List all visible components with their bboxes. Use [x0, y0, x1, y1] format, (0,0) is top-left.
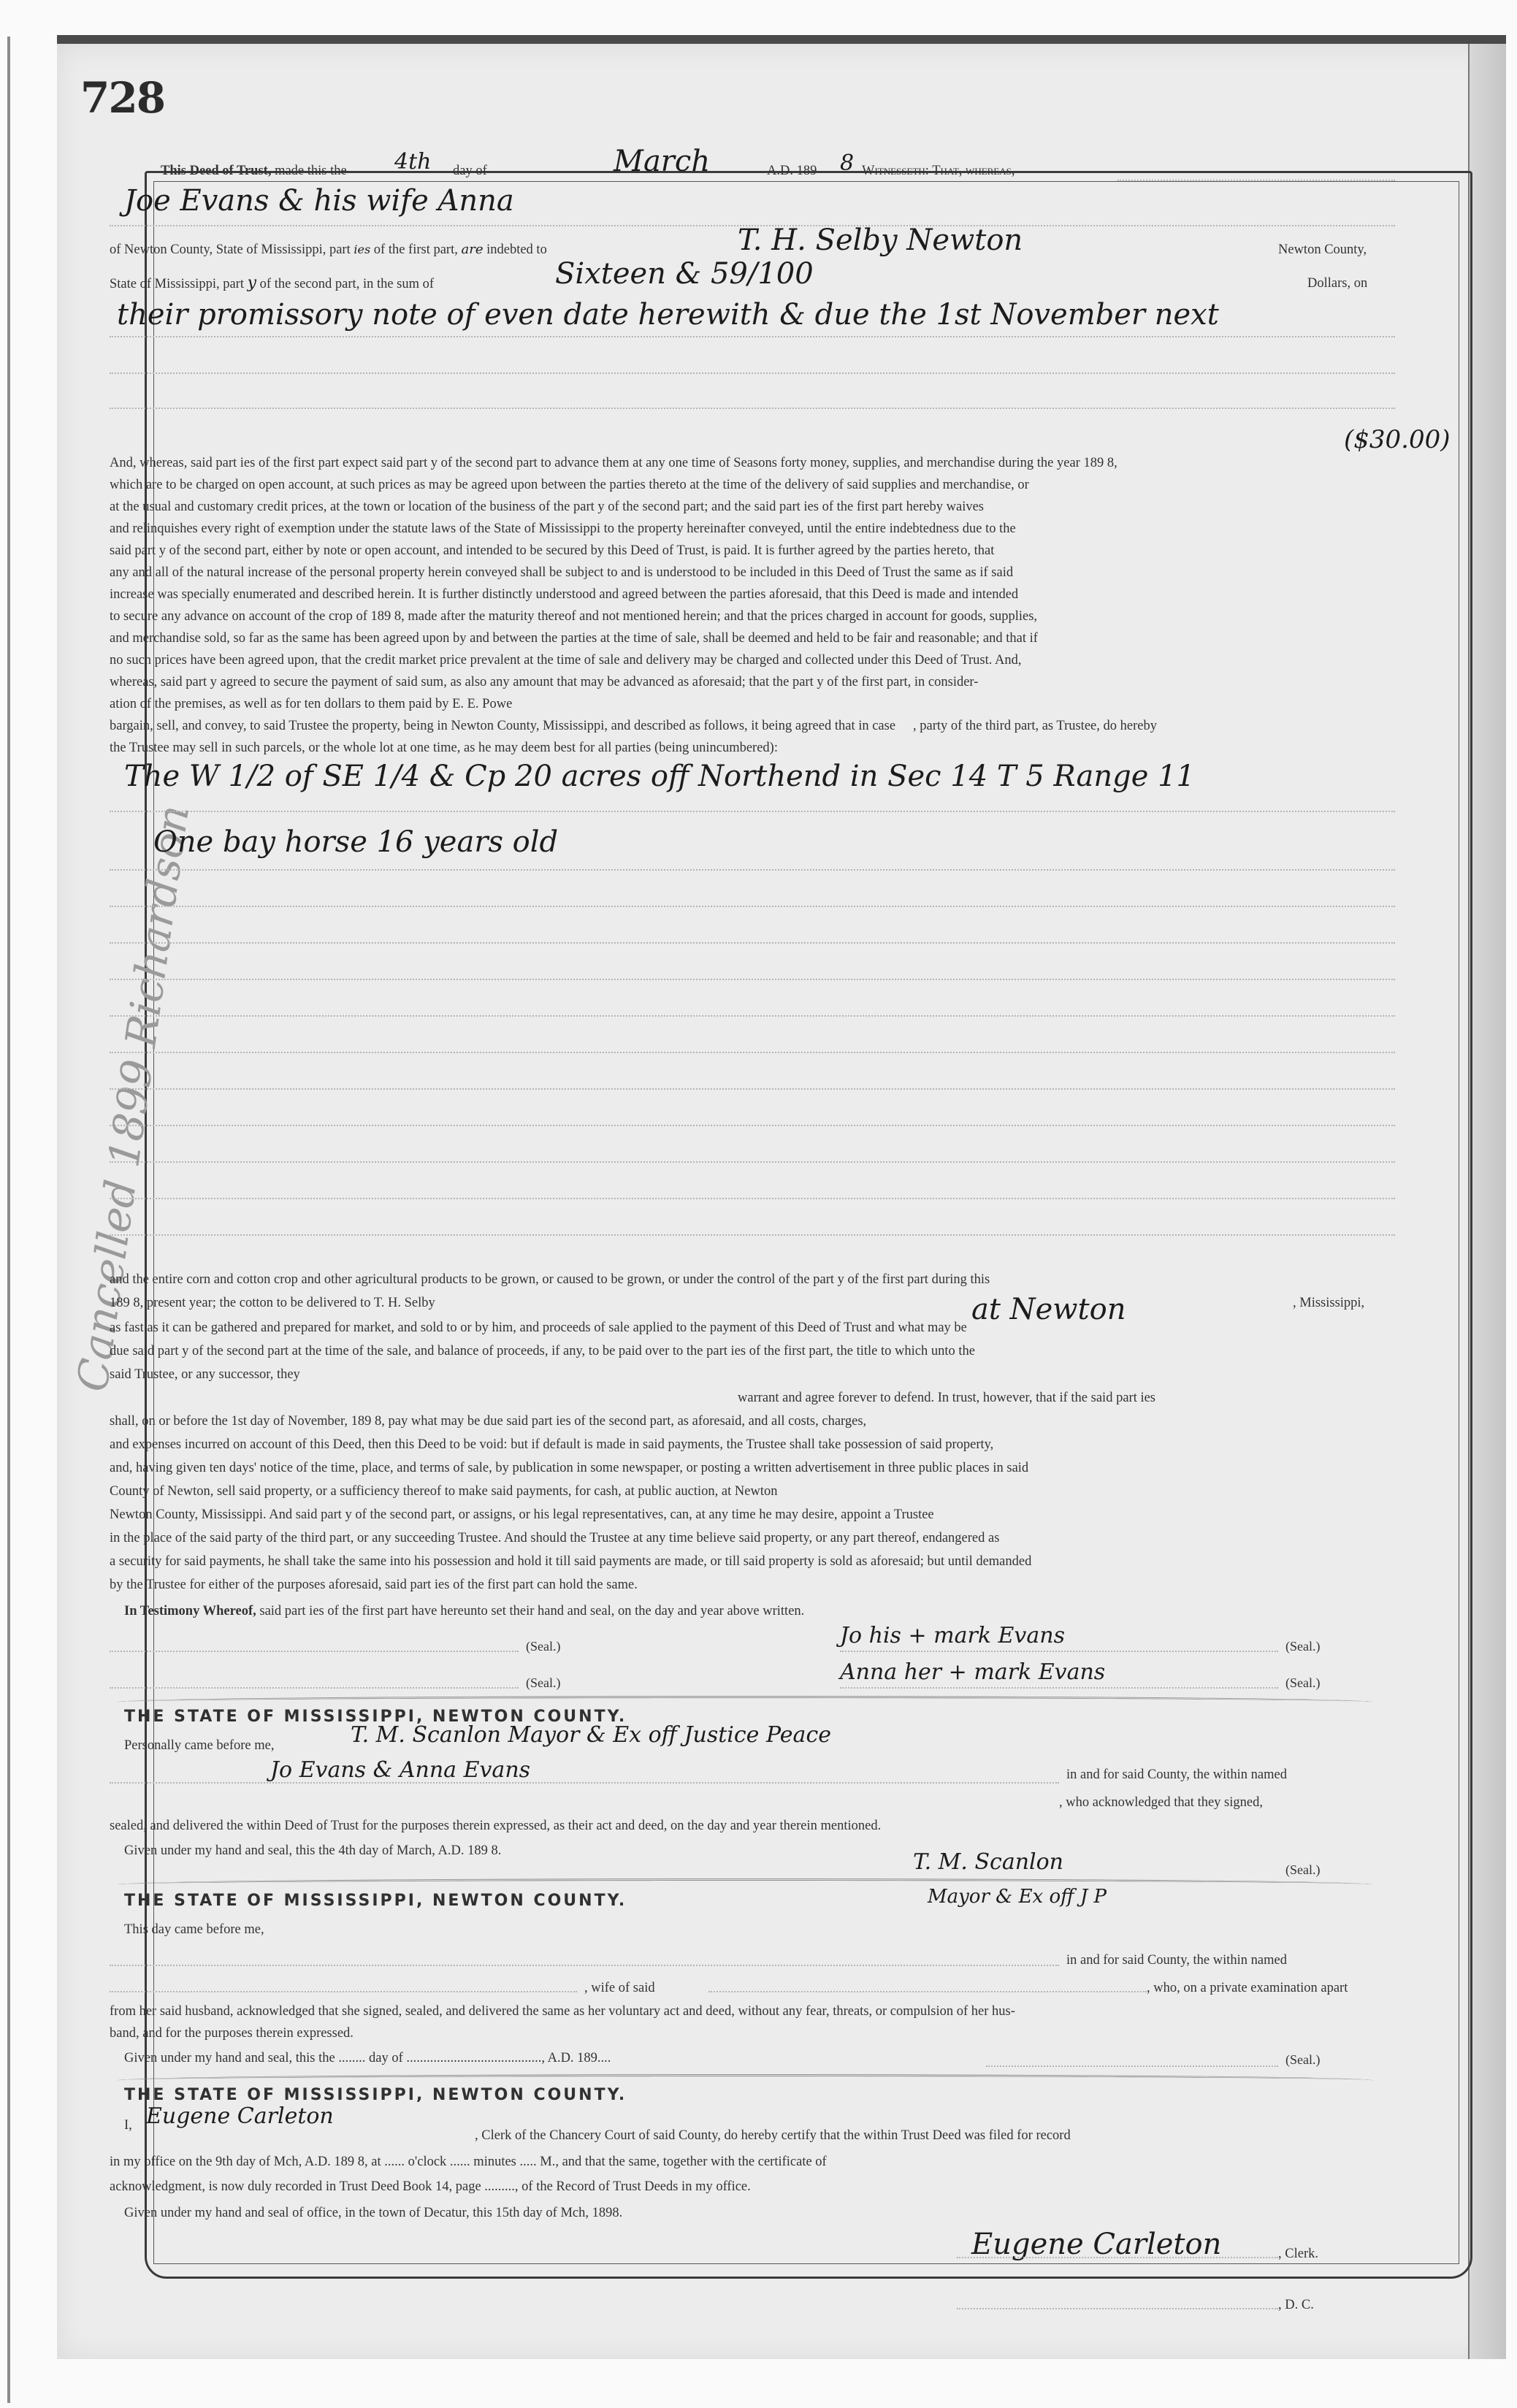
property-land: The W 1/2 of SE 1/4 & Cp 20 acres off No… — [124, 760, 1195, 793]
county-tail: in and for said County, the within named — [1066, 1952, 1395, 1969]
filed-line: in my office on the 9th day of Mch, A.D.… — [110, 2153, 1395, 2171]
clerk-text: , Clerk of the Chancery Court of said Co… — [475, 2127, 1395, 2144]
crop-line: in the place of the said party of the th… — [110, 1529, 1395, 1547]
deed-title: This Deed of Trust, — [161, 164, 271, 178]
whereas-line: and relinquishes every right of exemptio… — [110, 520, 1395, 538]
heading-text: made this the — [275, 164, 347, 178]
came-before-label: Personally came before me, — [124, 1737, 343, 1754]
whereas-line: at the usual and customary credit prices… — [110, 498, 1395, 516]
dotted-rule — [957, 2308, 1278, 2309]
deed-heading-line: This Deed of Trust, made this the — [110, 162, 1395, 180]
dotted-rule — [1117, 180, 1395, 181]
dotted-rule — [840, 1651, 1278, 1652]
crop-line: Newton County, Mississippi. And said par… — [110, 1506, 1395, 1524]
dotted-rule — [110, 336, 1395, 337]
dotted-rule — [986, 2065, 1278, 2067]
scan-edge — [7, 37, 10, 2403]
crop-line: and, having given ten days' notice of th… — [110, 1459, 1395, 1477]
amount-annotation: ($30.00) — [1344, 425, 1451, 454]
crop-line: shall, on or before the 1st day of Novem… — [110, 1413, 1395, 1430]
dotted-rule — [110, 811, 1395, 812]
testimony-line: In Testimony Whereof, said part ies of t… — [124, 1602, 1410, 1620]
whereas-line: bargain, sell, and convey, to said Trust… — [110, 717, 898, 735]
of-second-part: of the second part, in the sum of — [260, 277, 434, 291]
property-livestock: One bay horse 16 years old — [153, 825, 558, 859]
trustee-suffix: , party of the third part, as Trustee, d… — [913, 717, 1395, 735]
acknowledging-parties: Jo Evans & Anna Evans — [270, 1757, 530, 1783]
debt-sum: Sixteen & 59/100 — [555, 257, 814, 291]
acknowledgment-header: THE STATE OF MISSISSIPPI, NEWTON COUNTY. — [124, 1892, 627, 1910]
dotted-rule — [110, 1052, 1395, 1053]
given-line: Given under my hand and seal, this the 4… — [124, 1842, 1410, 1859]
signature-seal: (Seal.) — [1285, 1639, 1320, 1654]
indebted-to: indebted to — [486, 242, 547, 257]
whereas-line: said part y of the second part, either b… — [110, 542, 1395, 559]
part-suffix: ies — [354, 242, 370, 256]
of-first-part: of the first part, — [374, 242, 458, 257]
dotted-rule — [110, 942, 1395, 944]
witnesseth-label: Witnesseth: That, whereas, — [862, 162, 1154, 180]
dotted-rule — [110, 1088, 1395, 1090]
sum-line-prefix: State of Mississippi, part — [110, 277, 244, 291]
whereas-line: no such prices have been agreed upon, th… — [110, 651, 1395, 669]
signature-seal: (Seal.) — [1285, 1675, 1320, 1691]
officer-name: T. M. Scanlon Mayor & Ex off Justice Pea… — [351, 1722, 831, 1748]
deed-year-digit: 8 — [840, 150, 854, 176]
testimony-text: said part ies of the first part have her… — [259, 1604, 804, 1618]
dotted-rule — [110, 906, 1395, 907]
deed-day: 4th — [394, 149, 431, 175]
officer-seal: (Seal.) — [1285, 1862, 1320, 1878]
section-divider — [117, 1878, 1373, 1891]
came-before-label: This day came before me, — [124, 1921, 416, 1938]
whereas-line: whereas, said part y agreed to secure th… — [110, 673, 1395, 691]
acknowledged-text: , who acknowledged that they signed, — [1059, 1794, 1395, 1811]
band-line: band, and for the purposes therein expre… — [110, 2025, 1395, 2042]
crop-line: and the entire corn and cotton crop and … — [110, 1271, 1395, 1288]
note-terms: their promissory note of even date herew… — [117, 297, 1388, 333]
newton-county-tail: Newton County, — [1278, 241, 1395, 259]
part-suffix: y — [248, 275, 256, 292]
whereas-line: increase was specially enumerated and de… — [110, 586, 1395, 603]
dotted-rule — [957, 2257, 1278, 2258]
delivery-state: , Mississippi, — [1293, 1294, 1395, 1312]
county-line-prefix: of Newton County, State of Mississippi, … — [110, 242, 351, 257]
crop-line: due said part y of the second part at th… — [110, 1342, 1395, 1360]
delivered-line: sealed, and delivered the within Deed of… — [110, 1817, 1395, 1835]
blank-seal: (Seal.) — [526, 1639, 560, 1654]
blank-seal: (Seal.) — [526, 1675, 560, 1691]
deputy-clerk-label: , D. C. — [1278, 2296, 1366, 2314]
dotted-rule — [110, 1161, 1395, 1163]
dotted-rule — [840, 1687, 1278, 1689]
dotted-rule — [110, 979, 1395, 980]
dotted-rule — [110, 1651, 519, 1652]
crop-line: as fast as it can be gathered and prepar… — [110, 1319, 1395, 1337]
dotted-rule — [110, 1991, 577, 1992]
whereas-line: which are to be charged on open account,… — [110, 476, 1395, 494]
page-number: 728 — [80, 73, 164, 123]
whereas-line: the Trustee may sell in such parcels, or… — [110, 739, 1395, 757]
deed-month: March — [614, 145, 710, 178]
clerk-name: Eugene Carleton — [146, 2103, 334, 2129]
dotted-rule — [110, 1687, 519, 1689]
warrant-tail: warrant and agree forever to defend. In … — [738, 1389, 1395, 1407]
crop-line: and expenses incurred on account of this… — [110, 1436, 1395, 1453]
blank-seal: (Seal.) — [1285, 2052, 1320, 2068]
crop-line: by the Trustee for either of the purpose… — [110, 1576, 1395, 1594]
private-exam-label: , who, on a private examination apart — [1147, 1979, 1395, 1997]
dotted-rule — [110, 372, 1395, 374]
creditor-name: T. H. Selby Newton — [738, 223, 1023, 257]
signature-anna-evans: Anna her + mark Evans — [840, 1659, 1105, 1685]
verb-are: are — [461, 242, 483, 257]
given-line: Given under my hand and seal, this the .… — [124, 2049, 928, 2067]
dotted-rule — [110, 1125, 1395, 1126]
dotted-rule — [110, 869, 1395, 871]
recorded-line: acknowledgment, is now duly recorded in … — [110, 2178, 1395, 2195]
crop-line: a security for said payments, he shall t… — [110, 1553, 1395, 1570]
clerk-certificate-header: THE STATE OF MISSISSIPPI, NEWTON COUNTY. — [124, 2086, 627, 2104]
whereas-line: ation of the premises, as well as for te… — [110, 695, 840, 713]
dotted-rule — [110, 408, 1395, 409]
county-tail: in and for said County, the within named — [1066, 1766, 1395, 1784]
section-divider — [117, 2074, 1373, 2087]
signature-joe-evans: Jo his + mark Evans — [840, 1623, 1065, 1648]
whereas-line: And, whereas, said part ies of the first… — [110, 454, 1395, 472]
whereas-line: any and all of the natural increase of t… — [110, 564, 1395, 581]
crop-line: 189 8, present year; the cotton to be de… — [110, 1294, 840, 1312]
whereas-line: and merchandise sold, so far as the same… — [110, 630, 1395, 647]
testimony-lead: In Testimony Whereof, — [124, 1604, 256, 1618]
crop-line: said Trustee, or any successor, they — [110, 1366, 694, 1383]
crop-line: County of Newton, sell said property, or… — [110, 1483, 1395, 1500]
i-prefix: I, — [124, 2117, 146, 2134]
dotted-rule — [110, 1015, 1395, 1017]
husband-line: from her said husband, acknowledged that… — [110, 2003, 1395, 2020]
dollars-on-label: Dollars, on — [1307, 275, 1395, 292]
whereas-line: to secure any advance on account of the … — [110, 608, 1395, 625]
dotted-rule — [110, 1782, 1059, 1784]
section-divider — [117, 1696, 1373, 1708]
dotted-rule — [110, 1198, 1395, 1199]
dotted-rule — [110, 1965, 1059, 1966]
grantor-names: Joe Evans & his wife Anna — [124, 184, 514, 218]
dotted-rule — [110, 1234, 1395, 1236]
officer-signature: T. M. Scanlon — [913, 1849, 1063, 1875]
wife-of-label: , wife of said — [584, 1979, 730, 1997]
book-binding-edge — [1468, 44, 1506, 2359]
clerk-label: , Clerk. — [1278, 2245, 1366, 2263]
dotted-rule — [708, 1991, 1147, 1992]
given-line: Given under my hand and seal of office, … — [124, 2204, 1410, 2222]
day-of-label: day of — [453, 162, 526, 180]
